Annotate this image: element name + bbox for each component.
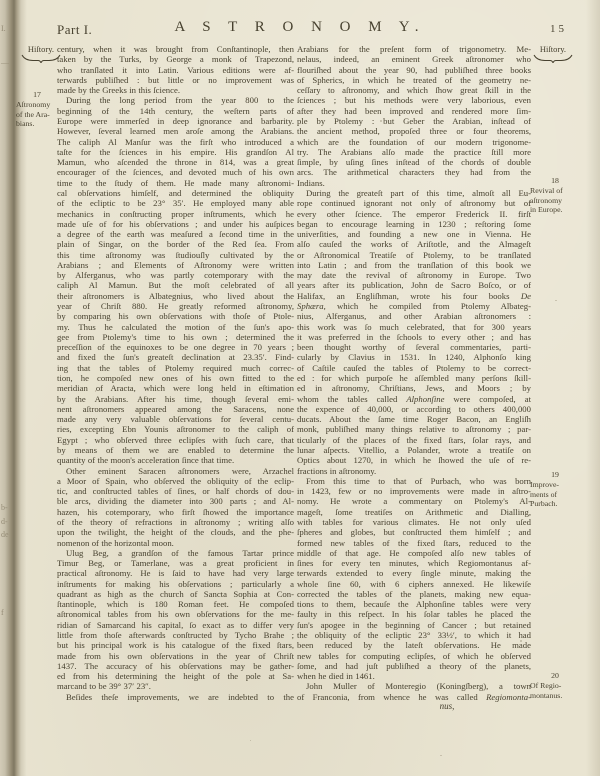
text-line: in 1423, few or no improvements were mad… bbox=[297, 486, 531, 496]
text-line: ſines for every ten minutes, which Regio… bbox=[297, 558, 531, 568]
text-line: cularly by Clavius in 1531. In 1240, Alp… bbox=[297, 352, 531, 362]
text-line: try. The Arabians alſo made the practice… bbox=[297, 147, 531, 157]
text-line: fractions in aſtronomy. bbox=[297, 466, 531, 476]
text-line: quadrant as high as the church of Sancta… bbox=[57, 589, 294, 599]
text-line: whom the tables called Alphonſine were c… bbox=[297, 394, 531, 404]
text-line: my. Thus he calculated the motion of the… bbox=[57, 322, 294, 332]
text-line: been reduced by the lateſt obſervations.… bbox=[297, 640, 531, 650]
text-line: began to encourage learning in 1230 ; re… bbox=[297, 219, 531, 229]
text-line: faulty in this reſpect. In his ſolar tab… bbox=[297, 609, 531, 619]
edge-fragment: d- bbox=[1, 517, 8, 526]
text-line: taken by the Turks, by George a monk of … bbox=[57, 54, 294, 64]
text-line: lunar aſpects. Vitellio, a Polander, wro… bbox=[297, 445, 531, 455]
catchword: nus, bbox=[407, 701, 487, 711]
text-line: year of Chriſt 880. He greatly reformed … bbox=[57, 301, 294, 311]
text-line: caliph Al Mamun. But the moſt celebrated… bbox=[57, 280, 294, 290]
text-line: Other eminent Saracen aſtronomers were, … bbox=[57, 466, 294, 476]
text-line: ceſſary to aſtronomy, and which ſhow gre… bbox=[297, 85, 531, 95]
paper-speck bbox=[250, 740, 251, 741]
text-line: upon the twilight, the height of the clo… bbox=[57, 527, 294, 537]
text-line: hazen, his cotemporary, who firſt ſhowed… bbox=[57, 507, 294, 517]
text-line: of the theory of refractions in aſtronom… bbox=[57, 517, 294, 527]
note-line: of the Ara- bbox=[16, 110, 58, 119]
text-line: arcs. The arithmetical characters they h… bbox=[297, 167, 531, 177]
text-line: formed new tables of the fixed ſtars, re… bbox=[297, 538, 531, 548]
text-line: tions to them, becauſe the Alphonſine ta… bbox=[297, 599, 531, 609]
text-line: every other ſcience. The emperor Frederi… bbox=[297, 209, 531, 219]
note-number: 20 bbox=[530, 671, 580, 680]
text-line: the obliquity of the ecliptic 23° 33½′, … bbox=[297, 630, 531, 640]
text-line: into Latin ; and from the tranſlation of… bbox=[297, 260, 531, 270]
text-line: ſciences ; but his methods were very lab… bbox=[297, 95, 531, 105]
text-line: practical aſtronomy. He is ſaid to have … bbox=[57, 568, 294, 578]
text-column-right: Arabians for the preſent form of trigono… bbox=[297, 44, 531, 702]
text-line: plain of Singar, on the border of the Re… bbox=[57, 239, 294, 249]
text-line: monk, publiſhed many things relative to … bbox=[297, 424, 531, 434]
text-line: mechanics in conſtructing proper inſtrum… bbox=[57, 209, 294, 219]
text-line: a Moor of Spain, who obſerved the obliqu… bbox=[57, 476, 294, 486]
page-number: 15 bbox=[550, 23, 567, 35]
text-line: ſtantinople, which is 180 Roman feet. He… bbox=[57, 599, 294, 609]
running-head-right: Hiſtory. bbox=[530, 44, 576, 63]
text-line: middle of that age. He compoſed alſo new… bbox=[297, 548, 531, 558]
note-line: Purbach. bbox=[530, 499, 580, 508]
text-line: of the ecliptic to be 23° 35′. He employ… bbox=[57, 198, 294, 208]
text-line: been thought worthy of ſeveral commentar… bbox=[297, 342, 531, 352]
text-line: by comparing his own obſervations with t… bbox=[57, 311, 294, 321]
note-line: Improve- bbox=[530, 480, 580, 489]
text-line: However, ſeveral learned men aroſe among… bbox=[57, 126, 294, 136]
text-line: preceſſion of the equinoxes to be one de… bbox=[57, 342, 294, 352]
paper-speck bbox=[95, 390, 96, 392]
text-line: encourager of the ſciences, and devoted … bbox=[57, 167, 294, 177]
text-line: ple by Ptolemy : but Geber the Arabian, … bbox=[297, 116, 531, 126]
text-line: ſimple, by uſing ſines inſtead of the ch… bbox=[297, 157, 531, 167]
note-line: bians. bbox=[16, 119, 58, 128]
text-line: after they had been improved and rendere… bbox=[297, 106, 531, 116]
text-line: nent aſtronomers appeared among the Sara… bbox=[57, 404, 294, 414]
text-line: nius, Alferganus, and other Arabian aſtr… bbox=[297, 311, 531, 321]
text-line: time to the ſtudy of them. He made many … bbox=[57, 178, 294, 188]
text-line: the ancient method, propoſed three or fo… bbox=[297, 126, 531, 136]
text-line: John Muller of Monteregio (Koningſberg),… bbox=[297, 681, 531, 691]
text-line: made by the Greeks in this ſcience. bbox=[57, 85, 294, 95]
text-line: Arabians ; and Elements of Aſtronomy wer… bbox=[57, 260, 294, 270]
text-line: gee from Ptolemy's time to his own ; det… bbox=[57, 332, 294, 342]
text-line: Egypt ; who obſerved three eclipſes with… bbox=[57, 435, 294, 445]
text-line: ed from his determining the height of th… bbox=[57, 671, 294, 681]
text-line: this work was ſo much celebrated, that f… bbox=[297, 322, 531, 332]
text-line: ble arcs, dividing the diameter into 300… bbox=[57, 496, 294, 506]
note-line: montanus. bbox=[530, 691, 580, 700]
text-line: it was preferred in the ſchools to every… bbox=[297, 332, 531, 342]
text-line: Sphæra, which he compiled from Ptolemy A… bbox=[297, 301, 531, 311]
note-line: ments of bbox=[530, 490, 580, 499]
text-line: new tables for computing eclipſes, of wh… bbox=[297, 651, 531, 661]
curly-underbrace-icon bbox=[21, 54, 61, 63]
text-line: tic, and conſtructed tables of ſines, or… bbox=[57, 486, 294, 496]
text-line: nomy. He wrote a commentary on Ptolemy's… bbox=[297, 496, 531, 506]
paper-speck bbox=[380, 120, 382, 122]
margin-note-19: 19Improve-ments ofPurbach. bbox=[530, 470, 580, 509]
text-line: nomenon of the horizontal moon. bbox=[57, 538, 294, 548]
text-line: The caliph Al Manſur was the firſt who i… bbox=[57, 137, 294, 147]
text-line: little from thoſe afterwards conſtructed… bbox=[57, 630, 294, 640]
text-line: alſo cauſed the works of Ariſtotle, and … bbox=[297, 239, 531, 249]
text-line: beginning of the 14th century, the weſte… bbox=[57, 106, 294, 116]
text-line: and fixed the ſun's greateſt declination… bbox=[57, 352, 294, 362]
page-title: A S T R O N O M Y. bbox=[40, 19, 560, 36]
edge-fragment: f bbox=[1, 608, 4, 617]
text-line: ticularly of the places of the fixed ſta… bbox=[297, 435, 531, 445]
text-line: may date the revival of aſtronomy in Eur… bbox=[297, 270, 531, 280]
text-line: made uſe of for his obſervations ; and u… bbox=[57, 219, 294, 229]
text-line: aſtronomical tables from his own obſerva… bbox=[57, 609, 294, 619]
text-line: ſome, and had juſt publiſhed a theory of… bbox=[297, 661, 531, 671]
text-line: ed : for which purpoſe he aſſembled many… bbox=[297, 373, 531, 383]
note-line: in Europe. bbox=[530, 205, 580, 214]
text-line: taſte for the ſciences in his empire. Hi… bbox=[57, 147, 294, 157]
margin-note-20: 20Of Regio-montanus. bbox=[530, 671, 580, 700]
text-line: Europe were immerſed in deep ignorance a… bbox=[57, 116, 294, 126]
text-line: marcand to be 39° 37′ 23″. bbox=[57, 681, 294, 691]
text-line: During the long period from the year 800… bbox=[57, 95, 294, 105]
text-line: made from his own obſervations in the ye… bbox=[57, 651, 294, 661]
text-line: During the greateſt part of this time, a… bbox=[297, 188, 531, 198]
text-line: ridian of Samarcand his capital, ſo exac… bbox=[57, 620, 294, 630]
text-line: Ulug Beg, a grandſon of the famous Tarta… bbox=[57, 548, 294, 558]
text-line: with tables for various climates. He not… bbox=[297, 517, 531, 527]
note-number: 17 bbox=[16, 90, 58, 99]
text-line: by means of them we are enabled to deter… bbox=[57, 445, 294, 455]
text-line: From this time to that of Purbach, who w… bbox=[297, 476, 531, 486]
edge-fragment: — bbox=[1, 58, 9, 67]
text-line: ries, excepting Ebn Younis aſtronomer to… bbox=[57, 424, 294, 434]
edge-fragment: b- bbox=[1, 503, 8, 512]
text-line: this time aſtronomy was ſtudiouſly culti… bbox=[57, 250, 294, 260]
text-line: which are the foundation of our modern t… bbox=[297, 137, 531, 147]
text-line: ſpheres and globes, but conſtructed them… bbox=[297, 527, 531, 537]
text-line: Indians. bbox=[297, 178, 531, 188]
text-line: by the Arabians. After his time, though … bbox=[57, 394, 294, 404]
margin-note-17: 17Aſtronomyof the Ara-bians. bbox=[16, 90, 58, 129]
note-line: Of Regio- bbox=[530, 681, 580, 690]
text-line: Halifax, an Engliſhman, wrote his four b… bbox=[297, 291, 531, 301]
text-line: rope continued ignorant not only of aſtr… bbox=[297, 198, 531, 208]
text-line: meridian of Aracta, which were long held… bbox=[57, 383, 294, 393]
text-line: made any very valuable obſervations for … bbox=[57, 414, 294, 424]
text-line: by Alferganus, who was partly cotemporar… bbox=[57, 270, 294, 280]
text-line: Arabians for the preſent form of trigono… bbox=[297, 44, 531, 54]
text-line: Optics about 1270, in which he ſhowed th… bbox=[297, 455, 531, 465]
text-line: mageſt, ſome treatiſes on Arithmetic and… bbox=[297, 507, 531, 517]
paper-speck bbox=[520, 640, 522, 642]
note-line: aſtronomy bbox=[530, 196, 580, 205]
text-line: terwards publiſhed : but little or no im… bbox=[57, 75, 294, 85]
note-number: 18 bbox=[530, 176, 580, 185]
text-line: univerſities, and founding a new one in … bbox=[297, 229, 531, 239]
text-line: whole ſine 60, with 6 ciphers annexed. H… bbox=[297, 579, 531, 589]
text-line: nelaus, indeed, an eminent Greek aſtrono… bbox=[297, 54, 531, 64]
text-line: ed in aſtronomy, Chriſtians, Jews, and M… bbox=[297, 383, 531, 393]
running-head-label: Hiſtory. bbox=[540, 44, 566, 54]
text-line: 1437. The accuracy of his obſervations m… bbox=[57, 661, 294, 671]
text-line: corrected the tables of the planets, mak… bbox=[297, 589, 531, 599]
text-line: of Caſtile cauſed the tables of Ptolemy … bbox=[297, 363, 531, 373]
text-line: quantity of the moon's acceleration ſinc… bbox=[57, 455, 294, 465]
text-line: years after its publication, John de Sac… bbox=[297, 280, 531, 290]
text-line: century, when it was brought from Conſta… bbox=[57, 44, 294, 54]
text-line: who tranſlated it into Latin. Various ed… bbox=[57, 65, 294, 75]
paper-speck bbox=[440, 755, 442, 756]
text-line: the expence of 40,000, or according to o… bbox=[297, 404, 531, 414]
note-line: Aſtronomy bbox=[16, 100, 58, 109]
edge-fragment: de bbox=[1, 530, 9, 539]
note-line: Revival of bbox=[530, 186, 580, 195]
text-line: or Aſtronomical Treatiſe of Ptolemy, to … bbox=[297, 250, 531, 260]
margin-note-18: 18Revival ofaſtronomyin Europe. bbox=[530, 176, 580, 215]
paper-speck bbox=[555, 300, 557, 301]
book-page: I.—b-d-def Part I. A S T R O N O M Y. 15… bbox=[0, 0, 600, 776]
text-line: ing that the tables of Ptolemy required … bbox=[57, 363, 294, 373]
text-line: tion, he compoſed new ones of his own fi… bbox=[57, 373, 294, 383]
text-line: Mamun, who aſcended the throne in 814, w… bbox=[57, 157, 294, 167]
text-line: inſtruments for making his obſervations … bbox=[57, 579, 294, 589]
text-column-left: century, when it was brought from Conſta… bbox=[57, 44, 294, 702]
running-head-label: Hiſtory. bbox=[28, 44, 54, 54]
page-header: Part I. A S T R O N O M Y. 15 bbox=[0, 19, 600, 41]
text-line: a degree of the earth was meaſured a ſec… bbox=[57, 229, 294, 239]
text-line: of Spherics, in which he treated of the … bbox=[297, 75, 531, 85]
text-line: ducats. About the ſame time Roger Bacon,… bbox=[297, 414, 531, 424]
text-line: Timur Beg, or Tamerlane, was a great pro… bbox=[57, 558, 294, 568]
text-line: their aſtronomers is Albategnius, who li… bbox=[57, 291, 294, 301]
text-line: ſun's apogee in the beginning of Cancer … bbox=[297, 620, 531, 630]
text-line: Beſides theſe improvements, we are indeb… bbox=[57, 692, 294, 702]
text-line: when he died in 1461. bbox=[297, 671, 531, 681]
text-line: but his principal work is his catalogue … bbox=[57, 640, 294, 650]
curly-underbrace-icon bbox=[533, 54, 573, 63]
text-line: cal obſervations himſelf, and determined… bbox=[57, 188, 294, 198]
text-line: flouriſhed about the year 90, had publiſ… bbox=[297, 65, 531, 75]
text-line: terwards extended to every ſingle minute… bbox=[297, 568, 531, 578]
note-number: 19 bbox=[530, 470, 580, 479]
